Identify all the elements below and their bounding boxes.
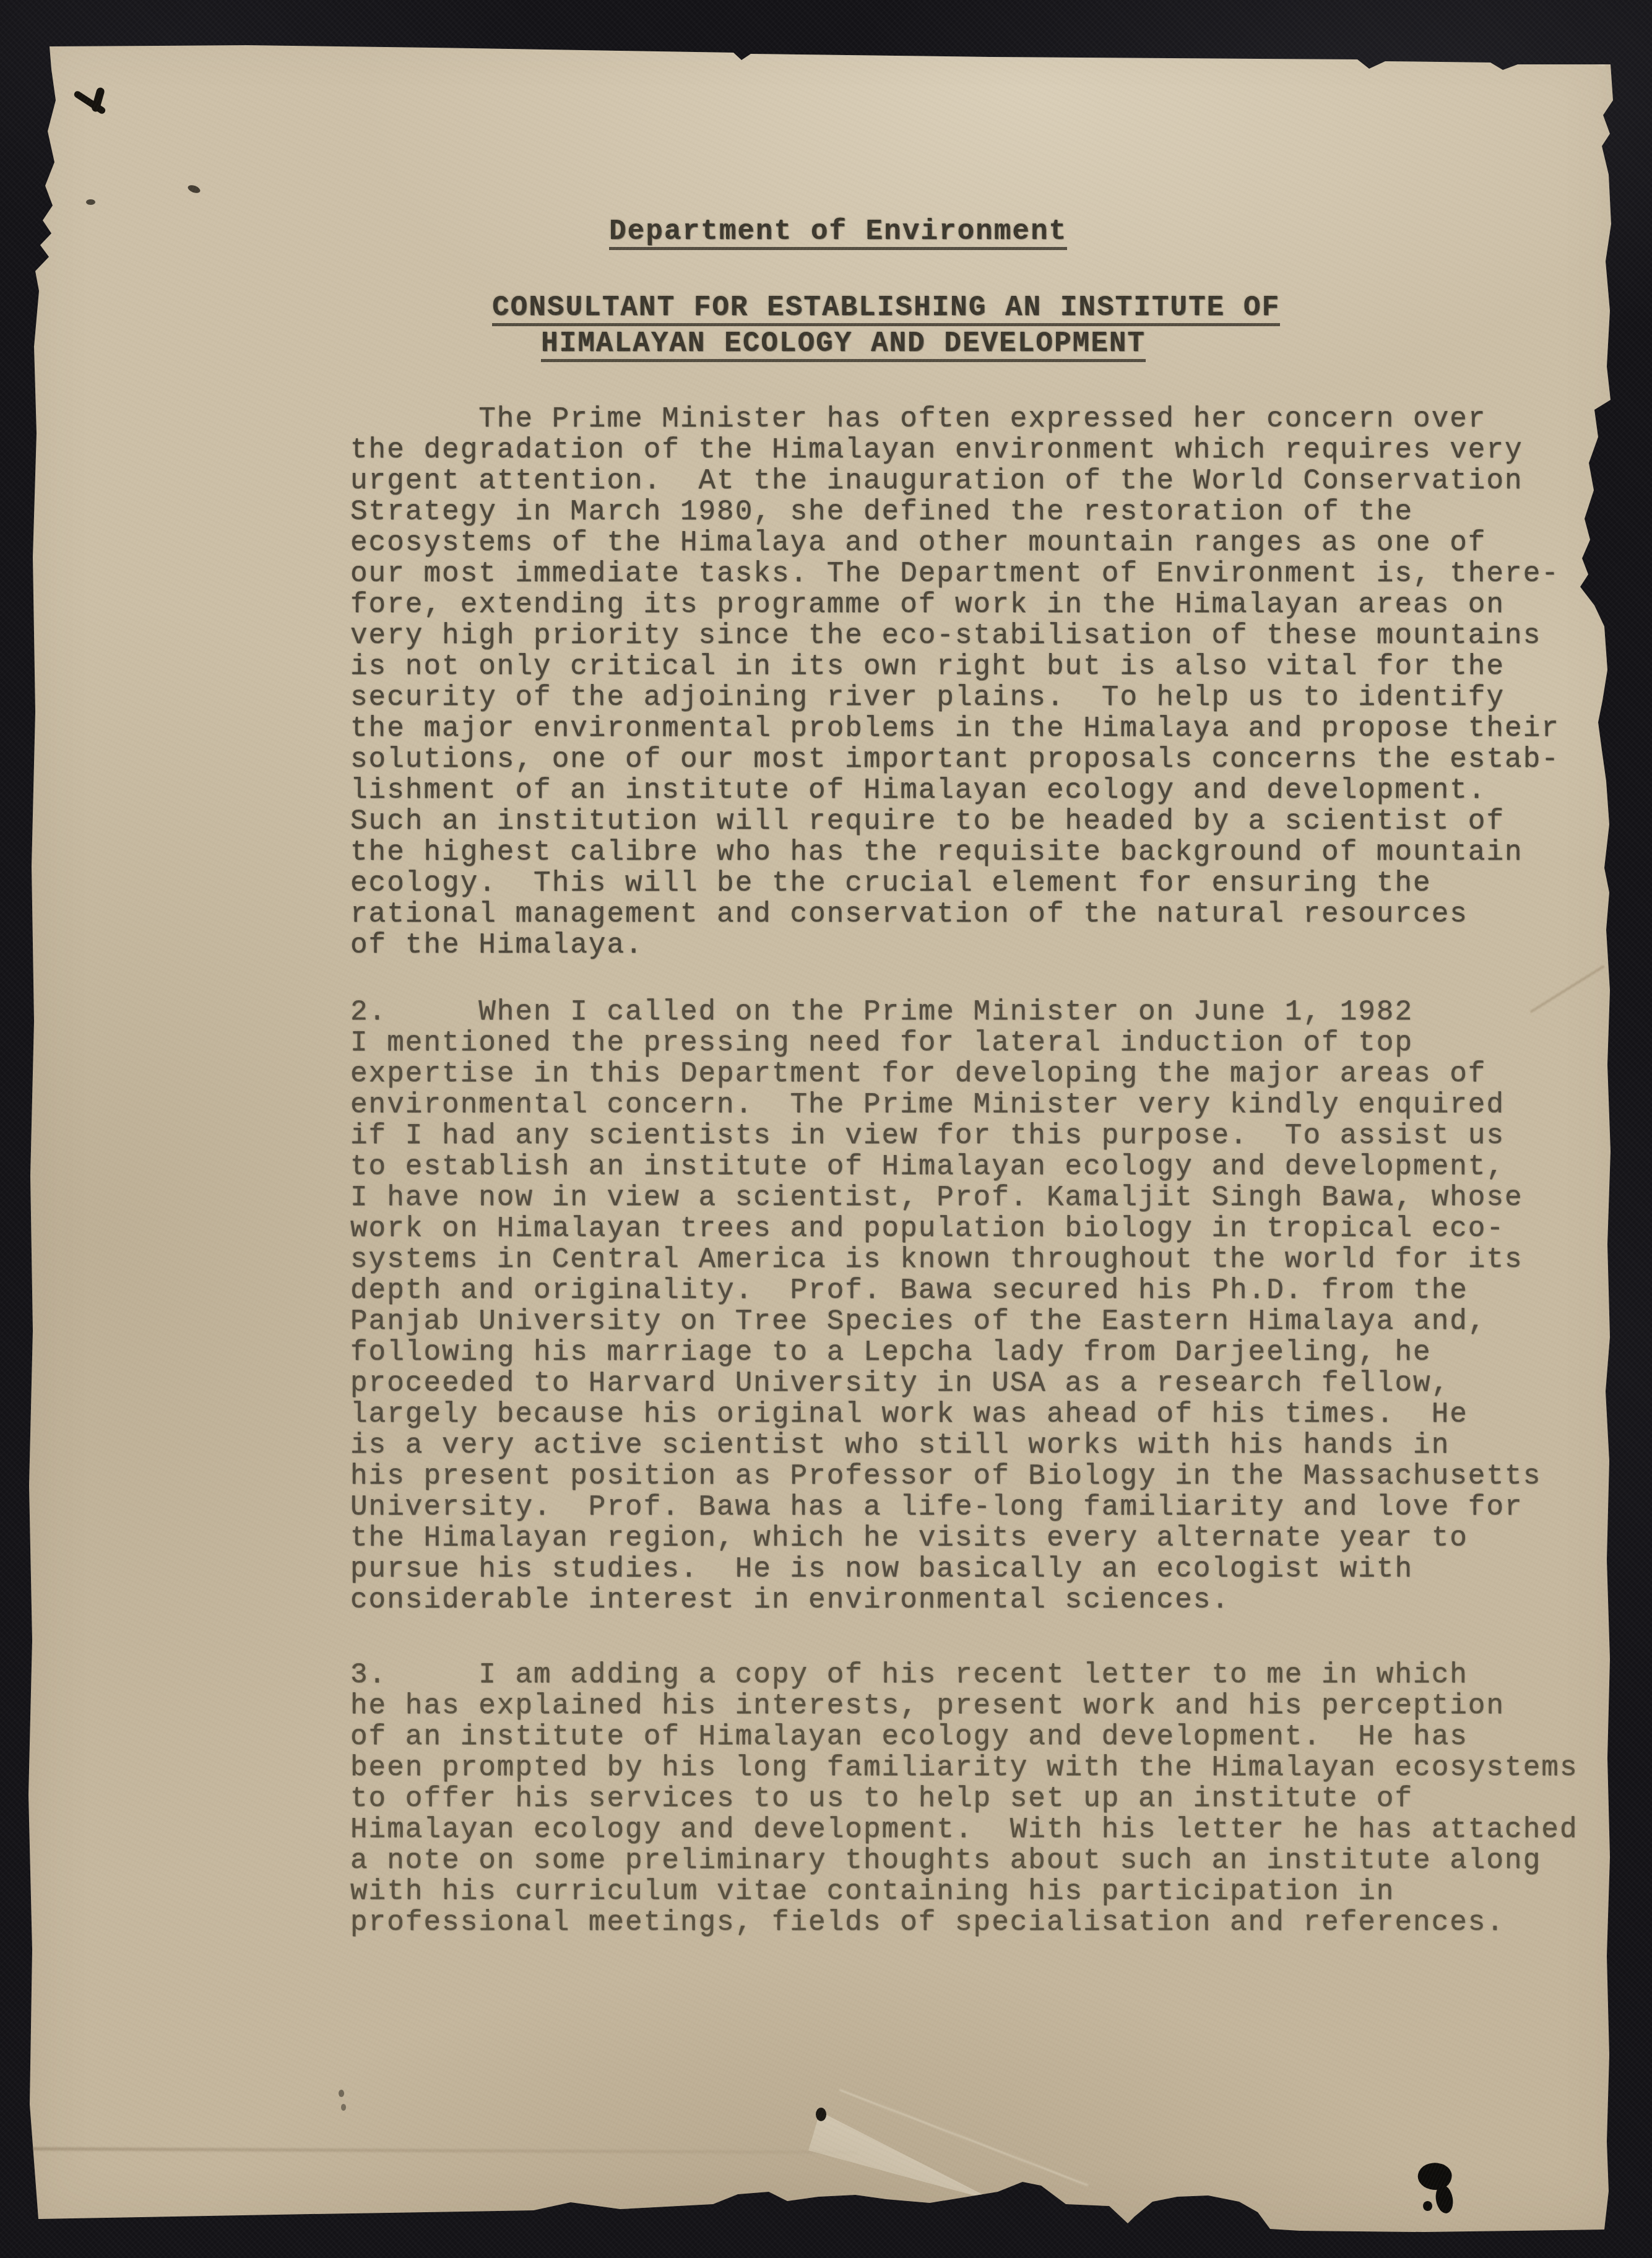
ink-blot-bottom-right-3 bbox=[1423, 2201, 1432, 2211]
speck-top-1 bbox=[187, 184, 201, 195]
stain-top-left-stroke bbox=[73, 90, 107, 115]
tape-remnant-bottom bbox=[805, 2108, 997, 2210]
faint-mark-bottom-left-2 bbox=[341, 2104, 346, 2111]
tape-remnant-hole bbox=[816, 2108, 826, 2121]
crease-bottom bbox=[28, 2147, 858, 2154]
document-subtitle-line-2: HIMALAYAN ECOLOGY AND DEVELOPMENT bbox=[541, 328, 1146, 362]
speck-top-2 bbox=[86, 199, 95, 205]
stain-left-edge bbox=[32, 152, 47, 170]
paragraph-1: The Prime Minister has often expressed h… bbox=[350, 404, 1560, 961]
paragraph-3: 3. I am adding a copy of his recent lett… bbox=[350, 1659, 1578, 1938]
document-subtitle-line-1: CONSULTANT FOR ESTABLISHING AN INSTITUTE… bbox=[492, 292, 1280, 326]
paragraph-2: 2. When I called on the Prime Minister o… bbox=[350, 997, 1541, 1616]
scan-background: Department of Environment CONSULTANT FOR… bbox=[0, 0, 1652, 2258]
document-page: Department of Environment CONSULTANT FOR… bbox=[0, 0, 1652, 2258]
ink-blot-bottom-right-1 bbox=[1415, 2159, 1454, 2194]
faint-mark-bottom-left-1 bbox=[339, 2090, 344, 2097]
document-title: Department of Environment bbox=[609, 216, 1067, 250]
tape-remnant-crease bbox=[839, 2089, 1089, 2186]
scratch-top-right bbox=[1557, 51, 1605, 66]
stain-top-left-blob bbox=[91, 87, 106, 113]
ink-blot-bottom-right-2 bbox=[1434, 2184, 1455, 2215]
